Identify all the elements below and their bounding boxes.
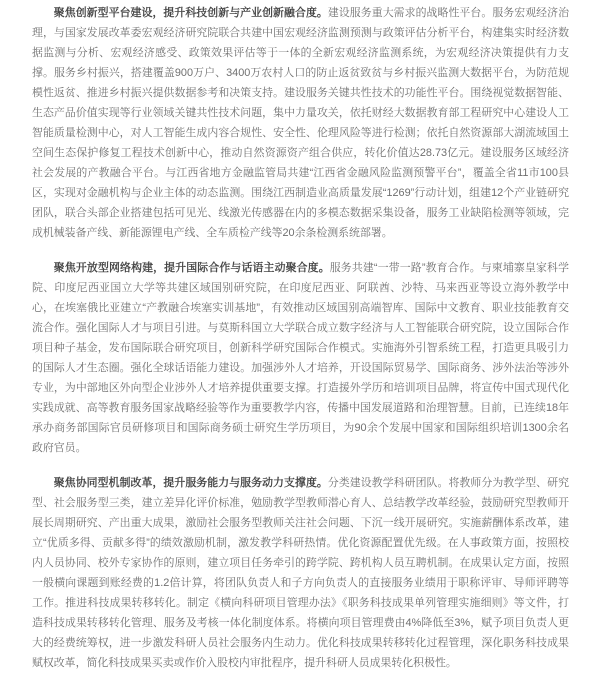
paragraph-body: 服务共建“一带一路”教育合作。与柬埔寨皇家科学院、印度尼西亚国立大学等共建区域国…	[32, 262, 569, 454]
paragraph-body: 建设服务重大需求的战略性平台。服务宏观经济治理，与国家发展改革委宏观经济研究院联…	[32, 7, 569, 239]
paragraph-lead: 聚焦创新型平台建设，提升科技创新与产业创新融合度。	[54, 7, 328, 19]
paragraph-lead: 聚焦开放型网络构建，提升国际合作与话语主动聚合度。	[54, 262, 330, 274]
paragraph-innovation-platform: 聚焦创新型平台建设，提升科技创新与产业创新融合度。建设服务重大需求的战略性平台。…	[32, 3, 569, 243]
paragraph-lead: 聚焦协同型机制改革，提升服务能力与服务动力支撑度。	[54, 477, 328, 489]
paragraph-body: 分类建设教学科研团队。将教师分为教学型、研究型、社会服务型三类，建立差异化评价标…	[32, 477, 569, 669]
paragraph-open-network: 聚焦开放型网络构建，提升国际合作与话语主动聚合度。服务共建“一带一路”教育合作。…	[32, 258, 569, 458]
paragraph-mechanism-reform: 聚焦协同型机制改革，提升服务能力与服务动力支撑度。分类建设教学科研团队。将教师分…	[32, 473, 569, 673]
article-body: 聚焦创新型平台建设，提升科技创新与产业创新融合度。建设服务重大需求的战略性平台。…	[0, 0, 600, 673]
